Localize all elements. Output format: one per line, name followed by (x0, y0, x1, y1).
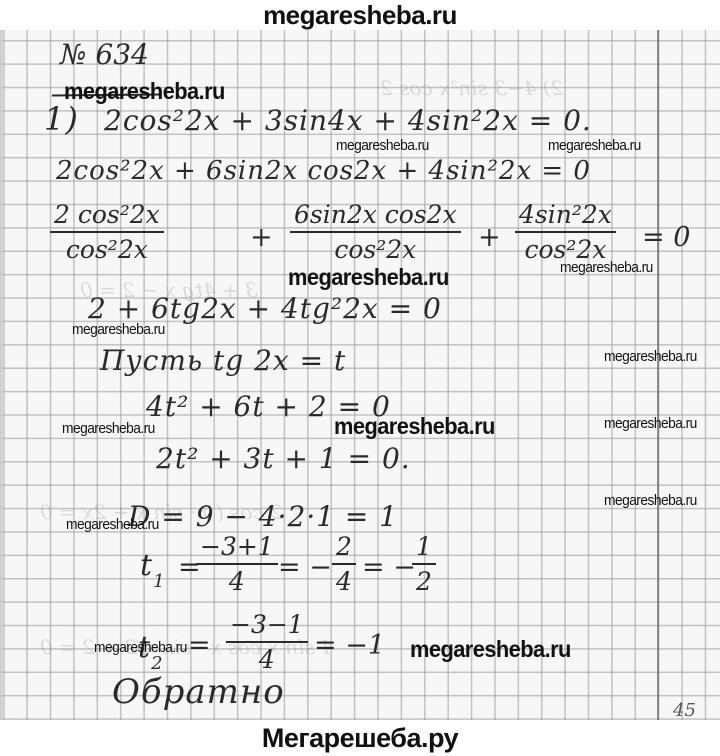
watermark: megaresheba.ru (334, 413, 495, 440)
watermark: megaresheba.ru (560, 259, 653, 276)
bleed-through-text: 2) 4−3 sin²x cos 2 (380, 76, 563, 100)
t1-denominator: 4 (229, 565, 245, 596)
t2-fraction: −3−1 4 (226, 610, 308, 674)
t1-equals-minus-2: = − (362, 552, 416, 583)
plus-sign: + (478, 222, 501, 253)
watermark: megaresheba.ru (94, 639, 187, 656)
plus-sign: + (250, 222, 273, 253)
watermark: megaresheba.ru (72, 321, 165, 338)
t2-result: = −1 (314, 630, 385, 661)
t1-numerator-3: 1 (412, 532, 436, 565)
watermark: megaresheba.ru (604, 492, 697, 509)
watermark: megaresheba.ru (62, 420, 155, 437)
fraction-2-denominator: cos²2x (334, 233, 416, 264)
fraction-1-denominator: cos²2x (66, 233, 148, 264)
equation-1: 2cos²2x + 3sin4x + 4sin²2x = 0. (104, 104, 592, 137)
t1-denominator-3: 2 (416, 565, 432, 596)
fraction-1: 2 cos²2x cos²2x (50, 200, 164, 264)
watermark: megaresheba.ru (66, 516, 159, 533)
watermark: megaresheba.ru (604, 415, 697, 432)
conclusion-word: Обратно (112, 672, 285, 712)
fraction-3-numerator: 4sin²2x (515, 200, 616, 233)
discriminant-line: D = 9 − 4·2·1 = 1 (128, 500, 398, 533)
watermark: megaresheba.ru (604, 348, 697, 365)
t2-numerator: −3−1 (226, 610, 308, 643)
t1-subscript: 1 (153, 571, 165, 592)
site-footer: Мегарешеба.ру (0, 720, 720, 756)
page-number: 45 (673, 700, 696, 720)
fraction-2-numerator: 6sin2x cos2x (290, 200, 461, 233)
site-header: megaresheba.ru (0, 0, 720, 30)
watermark: megaresheba.ru (64, 78, 225, 105)
watermark: megaresheba.ru (288, 264, 449, 291)
t2-equals: = (188, 630, 211, 661)
t1-denominator-2: 4 (336, 565, 352, 596)
t1-numerator: −3+1 (196, 532, 278, 565)
equation-2: 2cos²2x + 6sin2x cos2x + 4sin²2x = 0 (56, 156, 591, 186)
t1-equals-minus: = − (278, 552, 332, 583)
t1-variable: t (140, 548, 153, 583)
header-site-name: megaresheba.ru (263, 0, 457, 30)
t1-fraction-2: 2 4 (332, 532, 356, 596)
t1-fraction-1: −3+1 4 (196, 532, 278, 596)
watermark: megaresheba.ru (548, 137, 641, 154)
t2-subscript: 2 (151, 653, 163, 674)
part-label: 1) (44, 100, 79, 138)
t1-label: t1 (140, 548, 166, 592)
t2-denominator: 4 (259, 643, 275, 674)
margin-line (657, 30, 659, 720)
footer-site-name: Мегарешеба.ру (262, 723, 458, 753)
equation-6: 2t² + 3t + 1 = 0. (156, 442, 411, 475)
watermark: megaresheba.ru (410, 636, 571, 663)
fraction-2: 6sin2x cos2x cos²2x (290, 200, 461, 264)
fraction-3: 4sin²2x cos²2x (515, 200, 616, 264)
substitution-line: Пусть tg 2x = t (100, 344, 346, 377)
equals-zero: = 0 (642, 222, 690, 253)
problem-number: № 634 (60, 38, 149, 71)
t1-numerator-2: 2 (332, 532, 356, 565)
watermark: megaresheba.ru (336, 137, 429, 154)
notebook-page: 2) 4−3 sin²x cos 2 3 + 4tg x − 2 = 0 2 c… (0, 30, 720, 720)
fraction-1-numerator: 2 cos²2x (50, 200, 164, 233)
t1-fraction-3: 1 2 (412, 532, 436, 596)
